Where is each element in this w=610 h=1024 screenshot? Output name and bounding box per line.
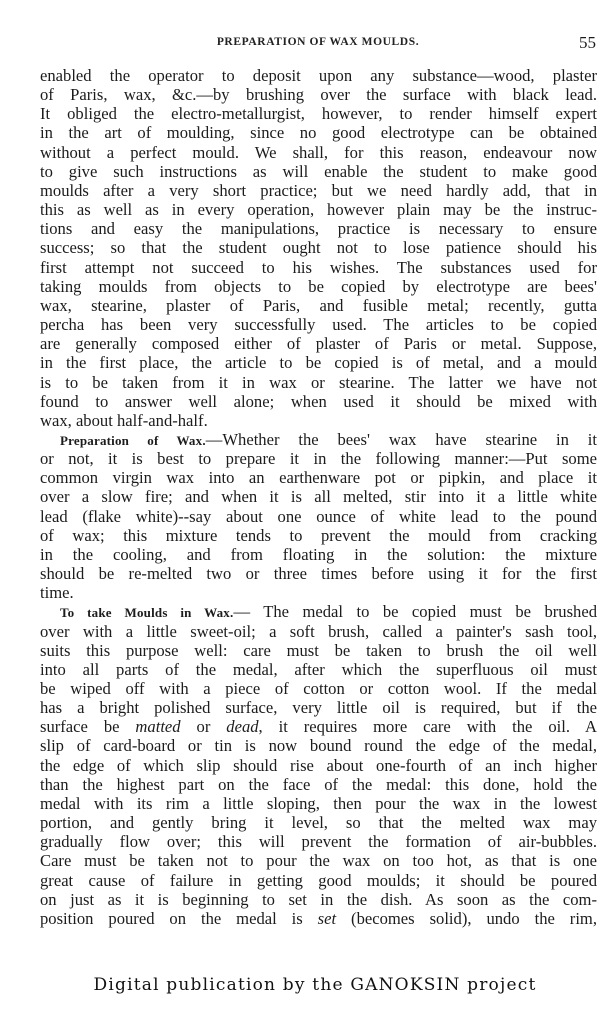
paragraph-preparation-of-wax: Preparation of Wax.—Whether the bees' wa… (40, 430, 597, 602)
text-line: lead (flake white)--say about one ounce … (40, 507, 597, 526)
text-line: first attempt not succeed to his wishes.… (40, 258, 597, 277)
text-line: wax, stearine, plaster of Paris, and fus… (40, 296, 597, 315)
text-line: in the first place, the article to be co… (40, 353, 597, 372)
text-run: position poured on the medal is (40, 909, 318, 928)
italic-term-set: set (318, 909, 336, 928)
text-line: found to answer well alone; when used it… (40, 392, 597, 411)
text-line: great cause of failure in getting good m… (40, 871, 597, 890)
text-line: the edge of which slip should rise about… (40, 756, 597, 775)
text-line: It obliged the electro-metallurgist, how… (40, 104, 597, 123)
running-head: PREPARATION OF WAX MOULDS. 55 (40, 33, 596, 51)
text-line: in the art of moulding, since no good el… (40, 123, 597, 142)
text-line: percha has been very successfully used. … (40, 315, 597, 334)
running-title: PREPARATION OF WAX MOULDS. (40, 36, 596, 48)
text-line: be wiped off with a piece of cotton or c… (40, 679, 597, 698)
section-heading-preparation-of-wax: Preparation of Wax. (60, 433, 206, 448)
text-line: slip of card-board or tin is now bound r… (40, 736, 597, 755)
text-line: or not, it is best to prepare it in the … (40, 449, 597, 468)
text-run: or (181, 717, 227, 736)
text-line: without a perfect mould. We shall, for t… (40, 143, 597, 162)
text-line: tions and easy the manipulations, practi… (40, 219, 597, 238)
text-line: surface be matted or dead, it requires m… (40, 717, 597, 736)
paragraph-intro: enabled the operator to deposit upon any… (40, 66, 597, 430)
text-line: taking moulds from objects to be copied … (40, 277, 597, 296)
text-line: of wax; this mixture tends to prevent th… (40, 526, 597, 545)
text-line: than the highest part on the face of the… (40, 775, 597, 794)
text-line: is to be taken from it in wax or stearin… (40, 373, 597, 392)
text-line: over with a little sweet-oil; a soft bru… (40, 622, 597, 641)
text-line: Care must be taken not to pour the wax o… (40, 851, 597, 870)
text-line: should be re-melted two or three times b… (40, 564, 597, 583)
page-body: enabled the operator to deposit upon any… (40, 66, 597, 928)
text-line: over a slow fire; and when it is all mel… (40, 487, 597, 506)
publication-credit: Digital publication by the GANOKSIN proj… (0, 975, 610, 995)
text-line: To take Moulds in Wax.— The medal to be … (40, 602, 597, 621)
text-run: , it requires more care with the oil. A (259, 717, 597, 736)
text-line: success; so that the student ought not t… (40, 238, 597, 257)
section-heading-to-take-moulds: To take Moulds in Wax. (60, 605, 233, 620)
text-run: — The medal to be copied must be brushed (233, 602, 597, 621)
text-line: position poured on the medal is set (bec… (40, 909, 597, 928)
text-line: gradually flow over; this will prevent t… (40, 832, 597, 851)
text-run: —Whether the bees' wax have stearine in … (206, 430, 597, 449)
paragraph-to-take-moulds-in-wax: To take Moulds in Wax.— The medal to be … (40, 602, 597, 928)
text-line: on just as it is beginning to set in the… (40, 890, 597, 909)
text-line: wax, about half-and-half. (40, 411, 597, 430)
text-run: surface be (40, 717, 135, 736)
text-run: (becomes solid), undo the rim, (336, 909, 597, 928)
text-line: suits this purpose well: care must be ta… (40, 641, 597, 660)
page-number: 55 (579, 33, 596, 53)
text-line: of Paris, wax, &c.—by brushing over the … (40, 85, 597, 104)
italic-term-matted: matted (135, 717, 180, 736)
text-line: moulds after a very short practice; but … (40, 181, 597, 200)
text-line: common virgin wax into an earthenware po… (40, 468, 597, 487)
text-line: has a bright polished surface, very litt… (40, 698, 597, 717)
text-line: to give such instructions as will enable… (40, 162, 597, 181)
italic-term-dead: dead (226, 717, 258, 736)
text-line: enabled the operator to deposit upon any… (40, 66, 597, 85)
text-line: in the cooling, and from floating in the… (40, 545, 597, 564)
text-line: Preparation of Wax.—Whether the bees' wa… (40, 430, 597, 449)
text-line: are generally composed either of plaster… (40, 334, 597, 353)
text-line: this as well as in every operation, howe… (40, 200, 597, 219)
text-line: medal with its rim a little sloping, the… (40, 794, 597, 813)
text-line: into all parts of the medal, after which… (40, 660, 597, 679)
text-line: portion, and gently bring it level, so t… (40, 813, 597, 832)
text-line: time. (40, 583, 597, 602)
